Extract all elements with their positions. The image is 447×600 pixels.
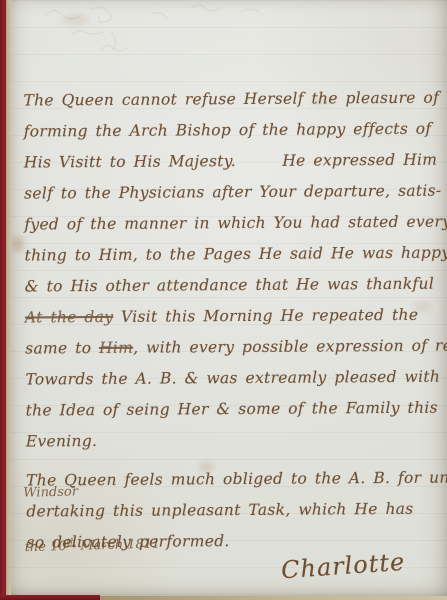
letter-line: The Queen cannot refuse Herself the plea… [23,83,447,117]
crossed-out-words: At the day [25,308,113,327]
date-line: the 10th March 1811 [24,532,160,556]
letter-line: the Idea of seing Her & some of the Fami… [26,392,447,426]
paper-edge-left [6,0,11,600]
letter-photograph: The Queen cannot refuse Herself the plea… [0,0,447,600]
letter-line: same to Him, with every possible express… [25,330,447,364]
letter-line: At the day Visit this Morning He repeate… [25,299,447,333]
letter-line: forming the Arch Bishop of the happy eff… [24,114,447,148]
paper-edge-bottom [100,596,447,600]
foxing-stain [63,14,89,26]
crossed-out-words: Him [99,339,133,357]
letter-paper: The Queen cannot refuse Herself the plea… [11,0,447,596]
foxing-stain [12,236,24,252]
letter-line: fyed of the manner in which You had stat… [24,207,447,241]
letter-line: thing to Him, to the Pages He said He wa… [24,238,447,272]
letter-line: Towards the A. B. & was extreamly please… [25,361,447,395]
album-binding-bottom [0,595,100,600]
letter-line: & to His other attendance that He was th… [25,269,447,303]
letter-line: self to the Physicians after Your depart… [24,176,447,210]
place: Windsor [23,481,159,502]
letter-line: His Visitt to His Majesty. He expressed … [24,145,447,179]
ink-bleedthrough-marks [41,2,341,62]
place-date-line: Windsor the 10th March 1811 [22,447,161,590]
